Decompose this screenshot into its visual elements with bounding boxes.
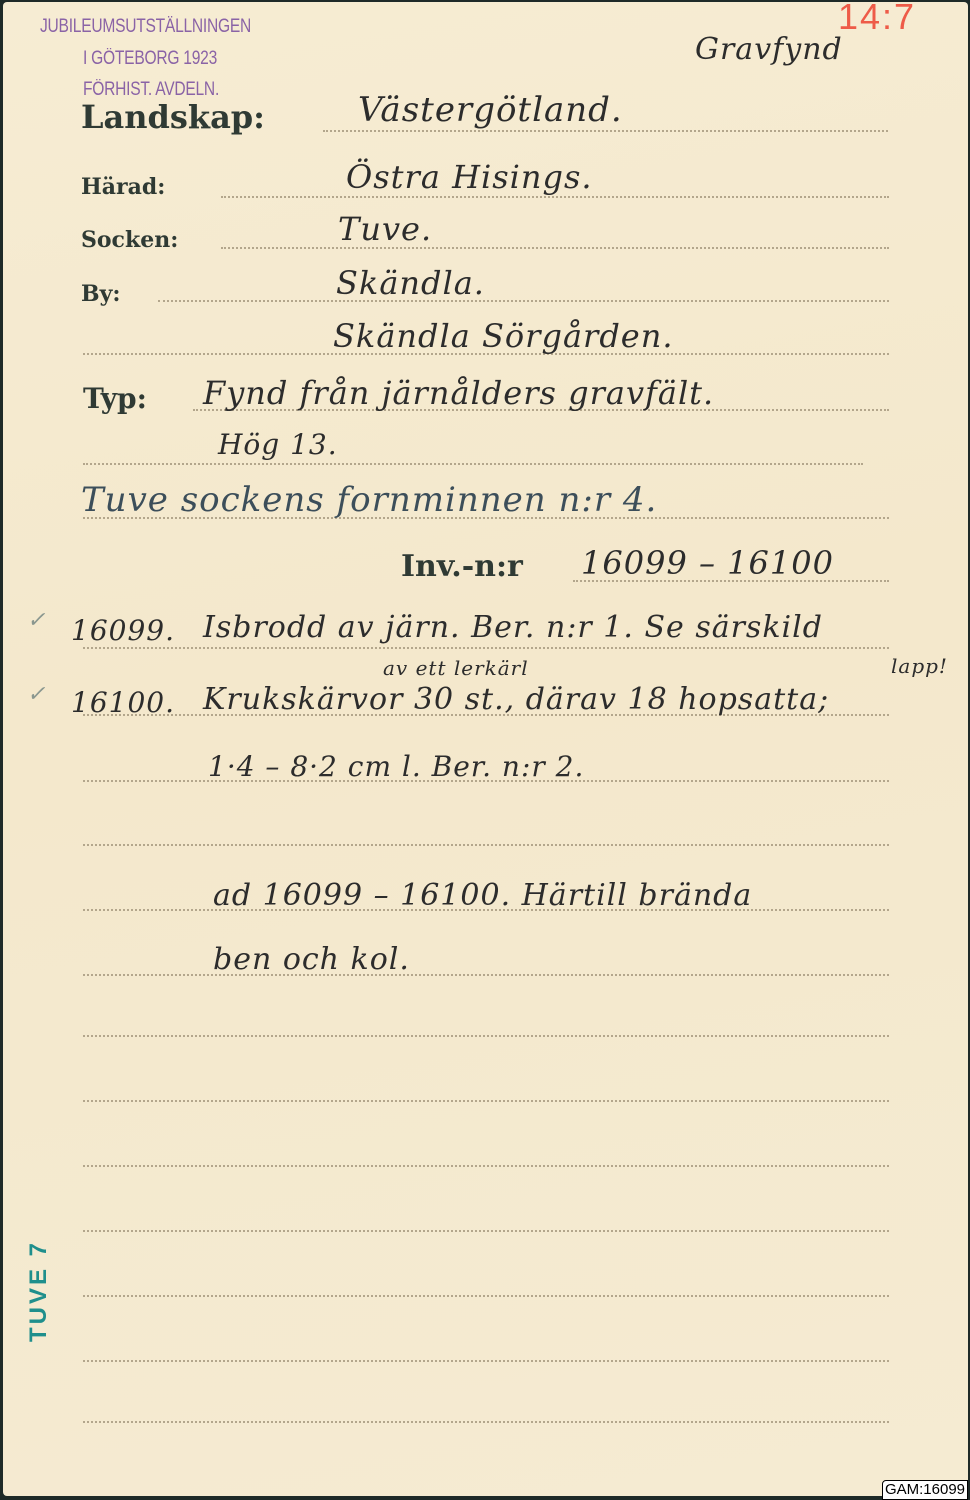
check-mark-icon: ✓ [27,682,45,707]
socken-value: Tuve. [338,210,432,248]
ruled-line [83,1230,889,1232]
ruled-line [221,247,889,249]
exhibition-stamp-line1: JUBILEUMSUTSTÄLLNINGEN [40,16,251,38]
check-mark-icon: ✓ [27,608,45,633]
entry-text-cont: lapp! [891,654,948,678]
ruled-line [83,1295,889,1297]
typ-label: Typ: [83,382,147,415]
by-value: Skändla. [336,264,485,302]
ruled-line [83,647,889,649]
entry-text: Isbrodd av järn. Ber. n:r 1. Se särskild [203,610,823,645]
entry-number: 16100. [71,686,175,719]
category-handwritten: Gravfynd [695,32,843,67]
catalog-number: 14:7 [838,0,916,38]
entry-text-cont: 1·4 – 8·2 cm l. Ber. n:r 2. [208,750,584,783]
ruled-line [83,1421,889,1423]
typ-value-2: Hög 13. [218,428,338,461]
entry-text: Krukskärvor 30 st., därav 18 hopsatta; [203,682,829,717]
exhibition-stamp-line2: I GÖTEBORG 1923 [83,48,217,70]
ruled-line [83,974,889,976]
reference-note: Tuve sockens fornminnen n:r 4. [81,480,657,520]
ruled-line [83,463,863,465]
ruled-line [83,1360,889,1362]
archive-id-label: GAM:16099 [882,1480,968,1500]
entry-number: 16099. [71,614,175,647]
by-value-2: Skändla Sörgården. [333,317,674,355]
ruled-line [83,1165,889,1167]
entry-insert: av ett lerkärl [383,656,529,680]
catalog-card: JUBILEUMSUTSTÄLLNINGEN I GÖTEBORG 1923 F… [3,2,968,1496]
harad-value: Östra Hisings. [346,158,593,196]
addendum-line1: ad 16099 – 16100. Härtill brända [213,878,752,913]
ruled-line [83,844,889,846]
socken-label: Socken: [81,227,178,253]
ruled-line [158,300,889,302]
inventory-label: Inv.-n:r [401,549,523,584]
by-label: By: [81,281,121,307]
landskap-label: Landskap: [81,98,265,136]
inventory-value: 16099 – 16100 [581,544,834,582]
landskap-value: Västergötland. [358,90,623,130]
ruled-line [83,1035,889,1037]
ruled-line [323,130,888,132]
typ-value: Fynd från järnålders gravfält. [203,374,714,412]
addendum-line2: ben och kol. [213,942,410,977]
harad-label: Härad: [81,174,165,200]
ruled-line [83,1100,889,1102]
ruled-line [221,196,889,198]
side-label: TUVE 7 [25,1240,53,1342]
